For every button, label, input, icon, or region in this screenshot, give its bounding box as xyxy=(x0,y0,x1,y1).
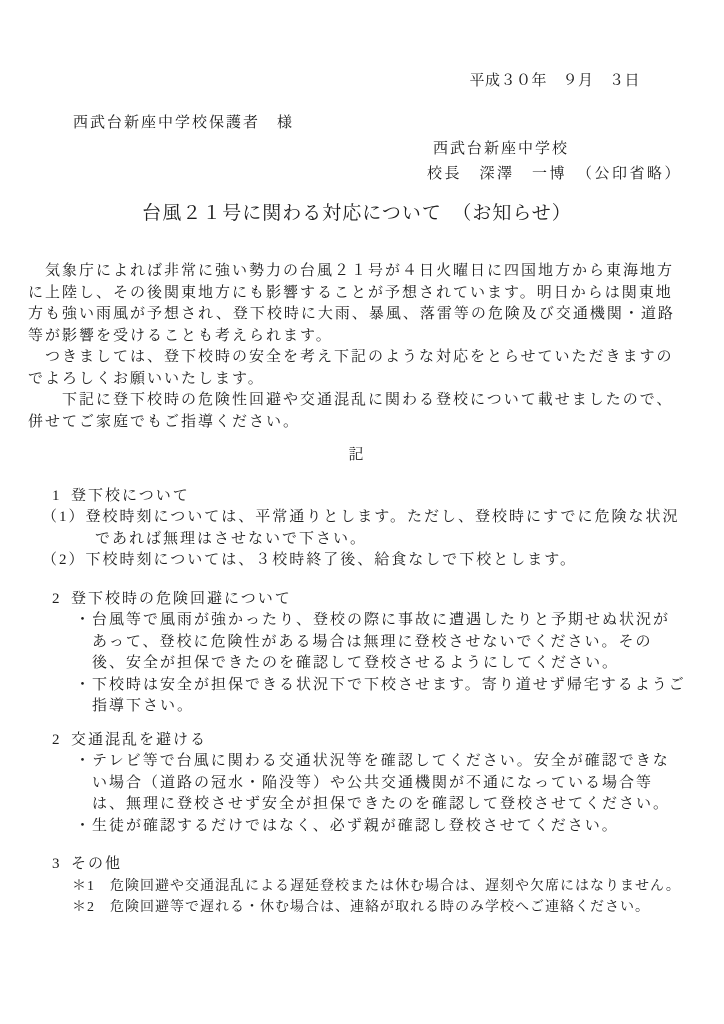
section-number: 2 xyxy=(52,589,63,611)
addressee-line: 西武台新座中学校保護者 様 xyxy=(73,112,686,134)
section-heading: 2登下校時の危険回避について xyxy=(52,589,686,611)
section-heading: 3その他 xyxy=(52,854,686,876)
paragraph: つきましては、登下校時の安全を考え下記のような対応をとらせていただきますのでよろ… xyxy=(28,347,686,390)
document-date: 平成３０年 ９月 ３日 xyxy=(28,70,640,92)
sender-block: 西武台新座中学校 校長 深澤 一博 （公印省略） xyxy=(28,137,686,187)
sender-principal: 校長 深澤 一博 （公印省略） xyxy=(427,162,686,187)
list-item: ・生徒が確認するだけではなく、必ず親が確認し登校させてください。 xyxy=(75,816,686,838)
section-heading: 2交通混乱を避ける xyxy=(52,730,686,752)
list-item: （1）登校時刻については、平常通りとします。ただし、登校時にすでに危険な状況であ… xyxy=(42,507,686,550)
sender-school: 西武台新座中学校 xyxy=(433,137,686,162)
note-item: ＊1 危険回避や交通混乱による遅延登校または休む場合は、遅刻や欠席にはなりません… xyxy=(72,876,686,898)
section-number: 2 xyxy=(52,730,63,752)
list-item: ・台風等で風雨が強かったり、登校の際に事故に遭遇したりと予期せぬ状況があって、登… xyxy=(75,610,686,675)
list-item: ・下校時は安全が担保できる状況下で下校させます。寄り道せず帰宅するようご指導下さ… xyxy=(75,675,686,718)
section-attendance: 1登下校について （1）登校時刻については、平常通りとします。ただし、登校時にす… xyxy=(52,486,686,572)
list-item: （2）下校時刻については、３校時終了後、給食なしで下校とします。 xyxy=(42,550,686,572)
list-item: ・テレビ等で台風に関わる交通状況等を確認してください。安全が確認できない場合（道… xyxy=(75,751,686,816)
intro-paragraphs: 気象庁によれば非常に強い勢力の台風２１号が４日火曜日に四国地方から東海地方に上陸… xyxy=(28,261,686,433)
section-heading-text: 交通混乱を避ける xyxy=(71,732,207,748)
section-heading-text: 登下校について xyxy=(71,488,190,504)
section-heading-text: 登下校時の危険回避について xyxy=(71,591,292,607)
section-number: 3 xyxy=(52,854,63,876)
section-heading-text: その他 xyxy=(71,856,122,872)
section-danger-avoidance: 2登下校時の危険回避について ・台風等で風雨が強かったり、登校の際に事故に遭遇し… xyxy=(52,589,686,718)
note-item: ＊2 危険回避等で遅れる・休む場合は、連絡が取れる時のみ学校へご連絡ください。 xyxy=(72,897,686,919)
section-heading: 1登下校について xyxy=(52,486,686,508)
paragraph: 下記に登下校時の危険性回避や交通混乱に関わる登校について載せましたので、併せてご… xyxy=(28,390,686,433)
paragraph: 気象庁によれば非常に強い勢力の台風２１号が４日火曜日に四国地方から東海地方に上陸… xyxy=(28,261,686,347)
section-traffic-confusion: 2交通混乱を避ける ・テレビ等で台風に関わる交通状況等を確認してください。安全が… xyxy=(52,730,686,838)
section-other: 3その他 ＊1 危険回避や交通混乱による遅延登校または休む場合は、遅刻や欠席には… xyxy=(52,854,686,919)
document-page: 平成３０年 ９月 ３日 西武台新座中学校保護者 様 西武台新座中学校 校長 深澤… xyxy=(0,0,724,1024)
section-number: 1 xyxy=(52,486,63,508)
record-marker: 記 xyxy=(28,445,686,467)
document-title: 台風２１号に関わる対応について （お知らせ） xyxy=(28,200,686,228)
